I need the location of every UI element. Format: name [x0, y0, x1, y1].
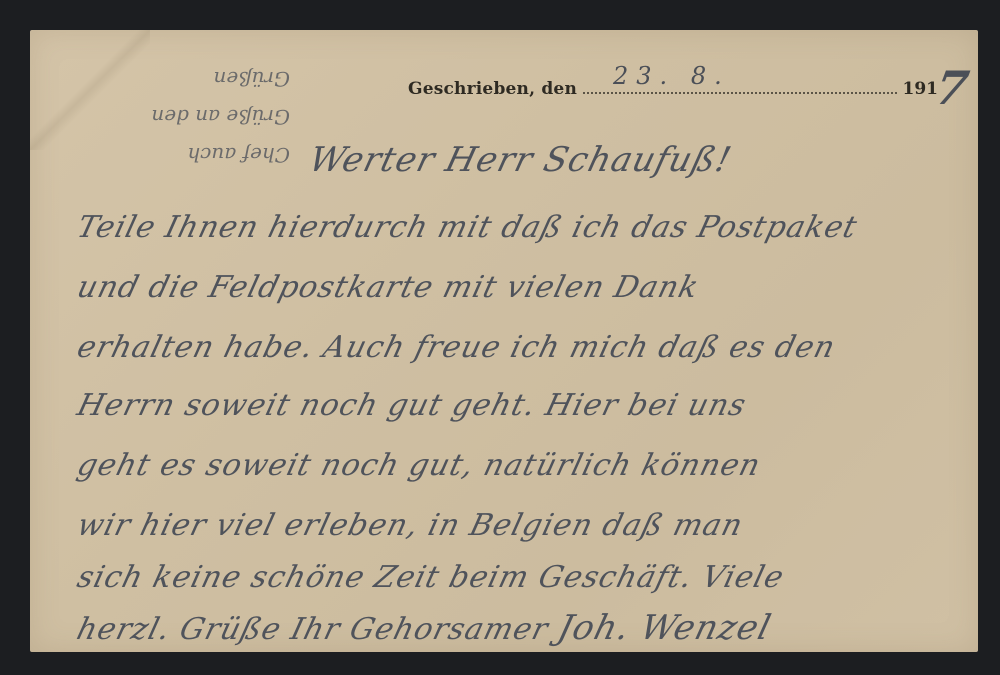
date-dotted-line: 23. 8. [583, 78, 896, 94]
handwritten-year-digit: 7 [931, 61, 973, 115]
closing: herzl. Grüße Ihr Gehorsamer [73, 612, 552, 647]
letter-line: Herrn soweit noch gut geht. Hier bei uns [74, 388, 750, 423]
handwritten-date: 23. 8. [613, 62, 730, 90]
letter-line: sich keine schöne Zeit beim Geschäft. Vi… [74, 560, 788, 595]
salutation: Werter Herr Schaufuß! [305, 140, 736, 180]
upside-note-line: Chef auch [90, 136, 290, 174]
letter-line: erhalten habe. Auch freue ich mich daß e… [74, 330, 840, 365]
printed-year: 191 7 [903, 79, 939, 99]
printed-date-label: Geschrieben, den [408, 79, 577, 99]
letter-line: geht es soweit noch gut, natürlich könne… [74, 448, 765, 483]
upside-down-note: Chef auch Grüße an den Grüßen [90, 60, 290, 174]
upside-note-line: Grüßen [90, 60, 290, 98]
date-line: Geschrieben, den 23. 8. 191 7 [408, 78, 938, 102]
signature: Joh. Wenzel [554, 608, 776, 648]
year-prefix: 191 [903, 79, 939, 99]
letter-line: und die Feldpostkarte mit vielen Dank [74, 270, 703, 305]
letter-line: wir hier viel erleben, in Belgien daß ma… [74, 508, 747, 543]
upside-note-line: Grüße an den [90, 98, 290, 136]
letter-line: Teile Ihnen hierdurch mit daß ich das Po… [74, 210, 861, 245]
postcard: Chef auch Grüße an den Grüßen Geschriebe… [30, 30, 978, 652]
closing-line: herzl. Grüße Ihr Gehorsamer Joh. Wenzel [73, 608, 775, 648]
